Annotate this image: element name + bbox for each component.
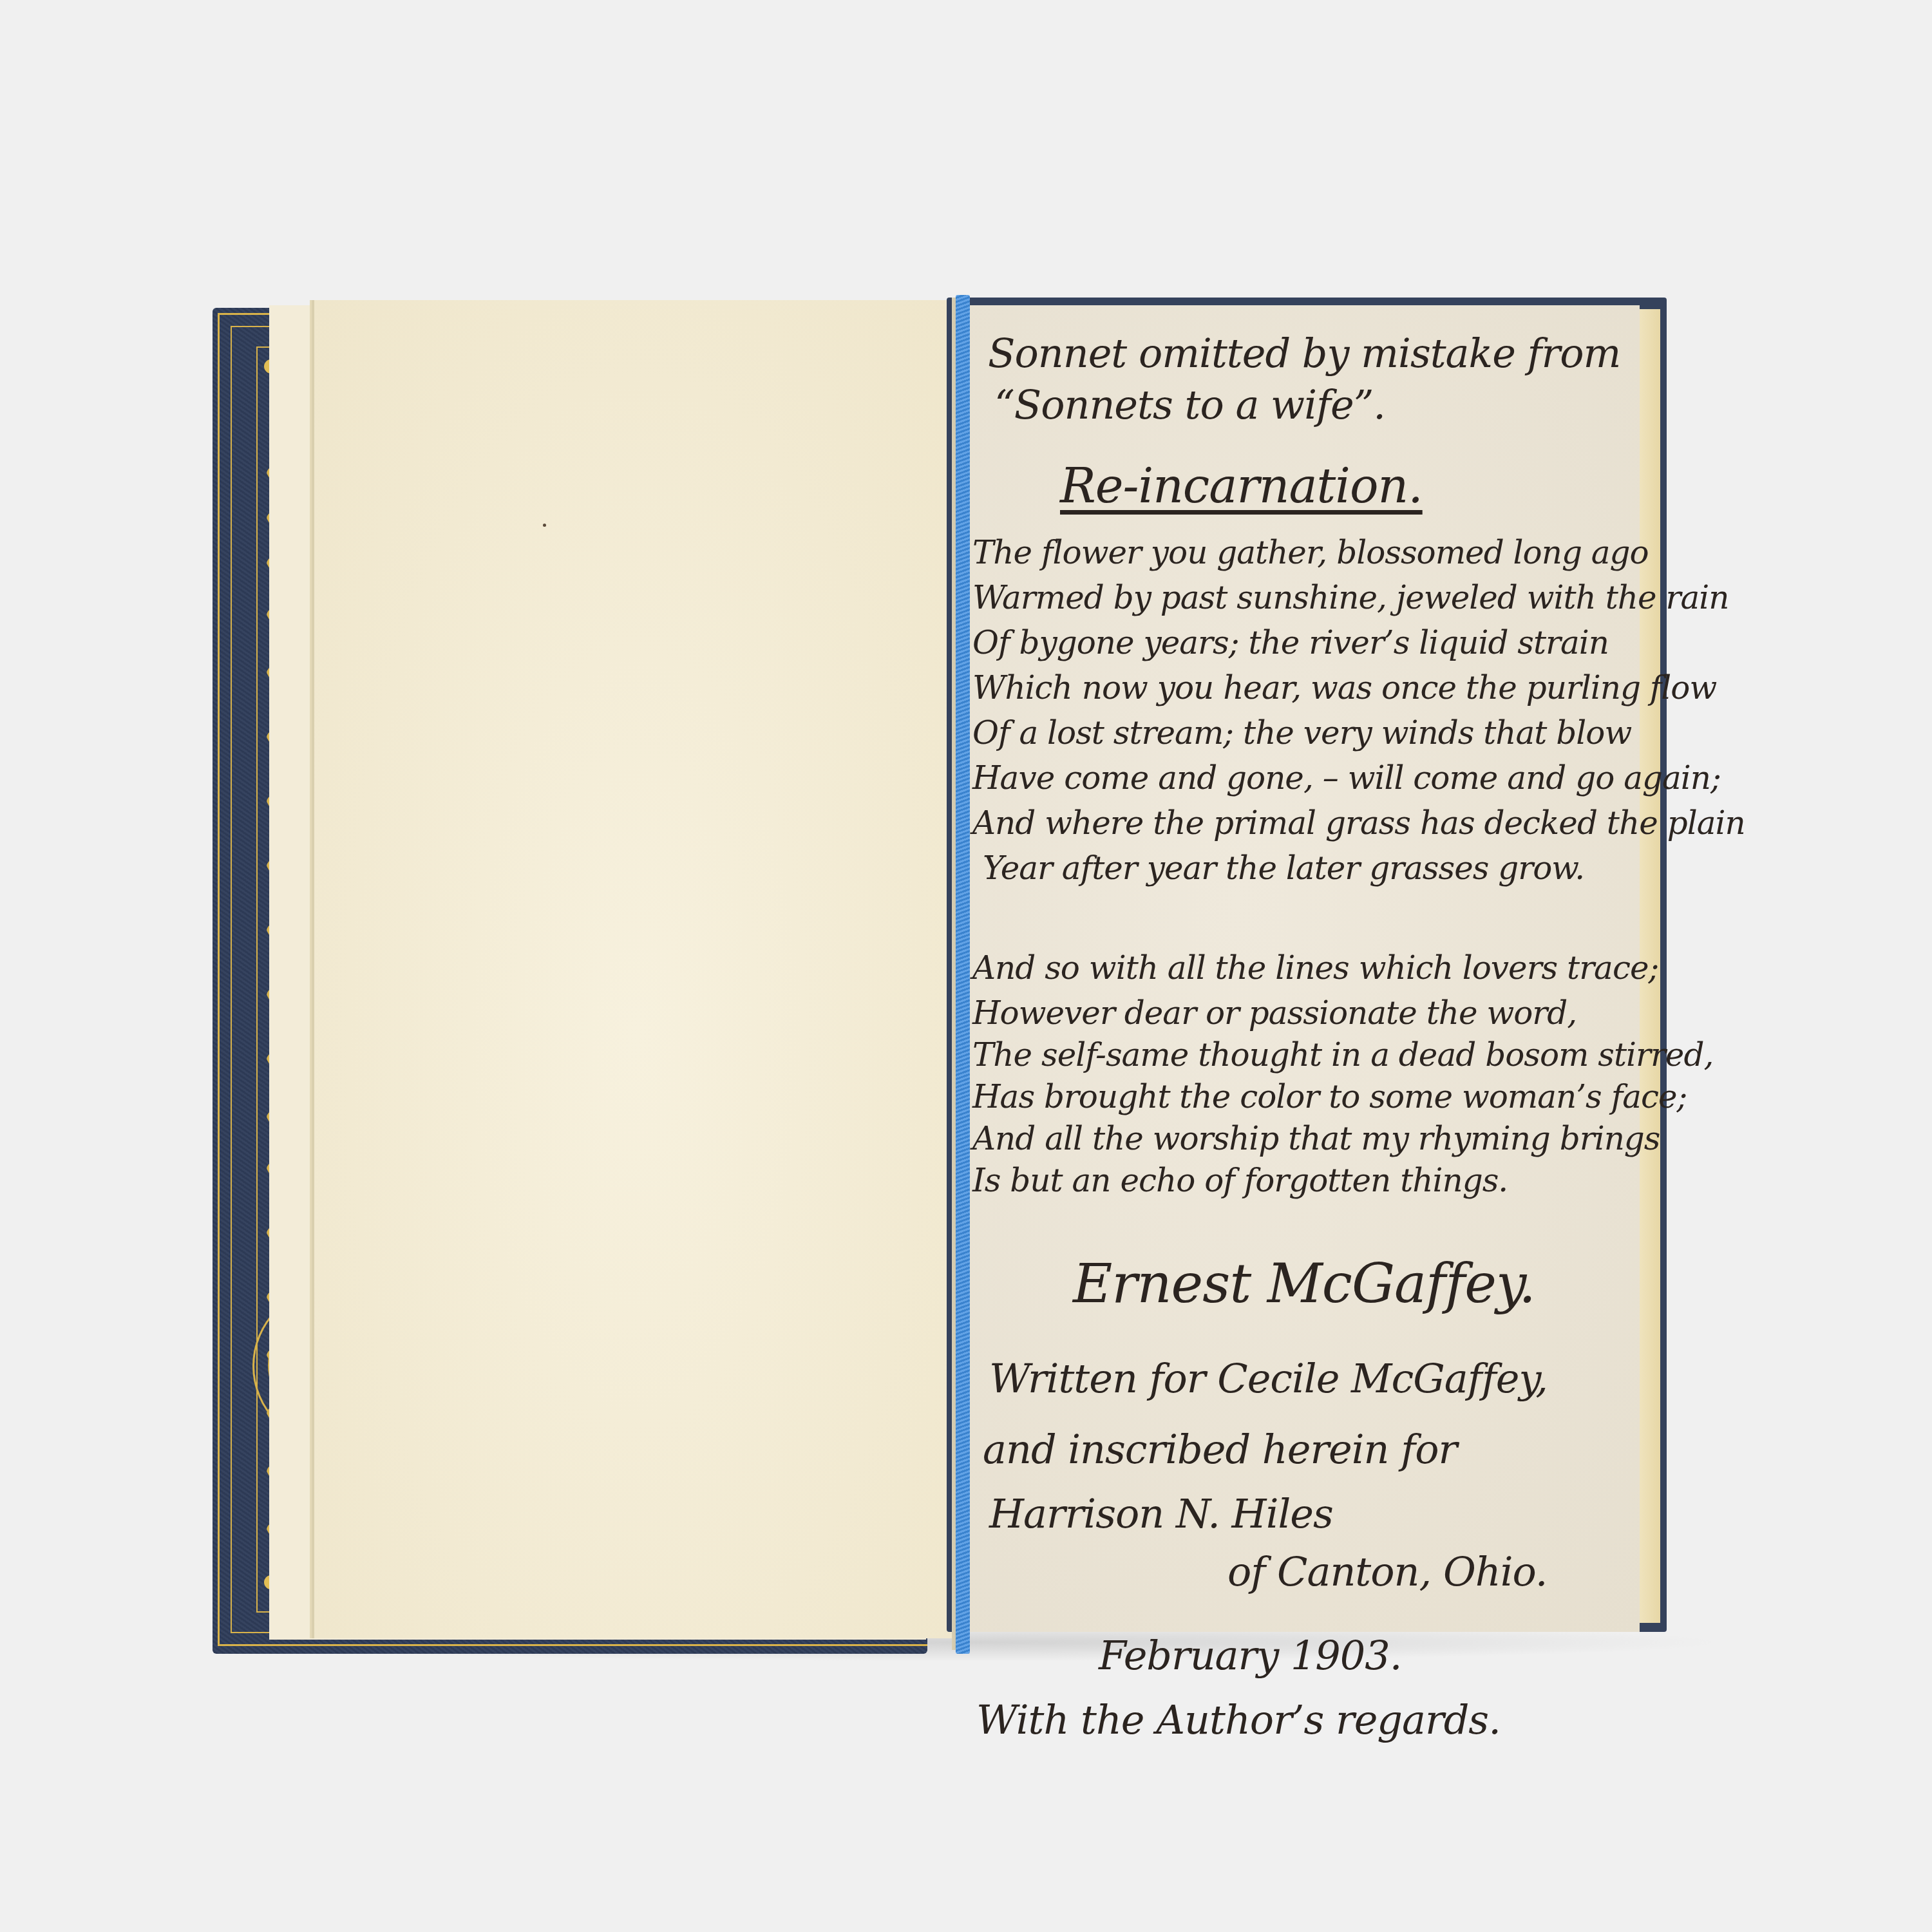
verse-line: However dear or passionate the word, — [972, 994, 1577, 1032]
dedication-line: With the Author’s regards. — [976, 1696, 1501, 1743]
manuscript-page: Sonnet omitted by mistake from “Sonnets … — [970, 305, 1640, 1632]
verse-line: Of bygone years; the river’s liquid stra… — [972, 624, 1609, 661]
verse-line: And where the primal grass has decked th… — [972, 804, 1745, 842]
verse-line: Year after year the later grasses grow. — [983, 849, 1584, 887]
dedication-line: of Canton, Ohio. — [1227, 1548, 1547, 1595]
verse-line: Has brought the color to some woman’s fa… — [972, 1078, 1687, 1115]
verse-line: And so with all the lines which lovers t… — [972, 949, 1658, 987]
paper-speck — [543, 524, 546, 527]
verse-line: Is but an echo of forgotten things. — [972, 1162, 1508, 1199]
dedication-line: February 1903. — [1099, 1632, 1401, 1679]
dedication-line: Harrison N. Hiles — [989, 1490, 1333, 1537]
verse-line: The self-same thought in a dead bosom st… — [972, 1036, 1713, 1074]
verse-line: Have come and gone, – will come and go a… — [972, 759, 1721, 797]
dedication-line: Written for Cecile McGaffey, — [989, 1355, 1548, 1402]
author-signature: Ernest McGaffey. — [1073, 1252, 1535, 1315]
heading-note-line-1: Sonnet omitted by mistake from — [988, 330, 1620, 377]
dedication-line: and inscribed herein for — [983, 1426, 1457, 1473]
verse-line: Of a lost stream; the very winds that bl… — [972, 714, 1631, 752]
ribbon-bookmark[interactable] — [956, 295, 970, 1654]
verse-line: Which now you hear, was once the purling… — [972, 669, 1716, 706]
verse-line: Warmed by past sunshine, jeweled with th… — [972, 579, 1728, 616]
blank-flyleaf — [312, 300, 958, 1638]
verse-line: The flower you gather, blossomed long ag… — [972, 534, 1649, 571]
poem-title: Re-incarnation. — [1060, 459, 1423, 514]
heading-note-line-2: “Sonnets to a wife”. — [994, 381, 1385, 428]
verse-line: And all the worship that my rhyming brin… — [972, 1120, 1660, 1157]
